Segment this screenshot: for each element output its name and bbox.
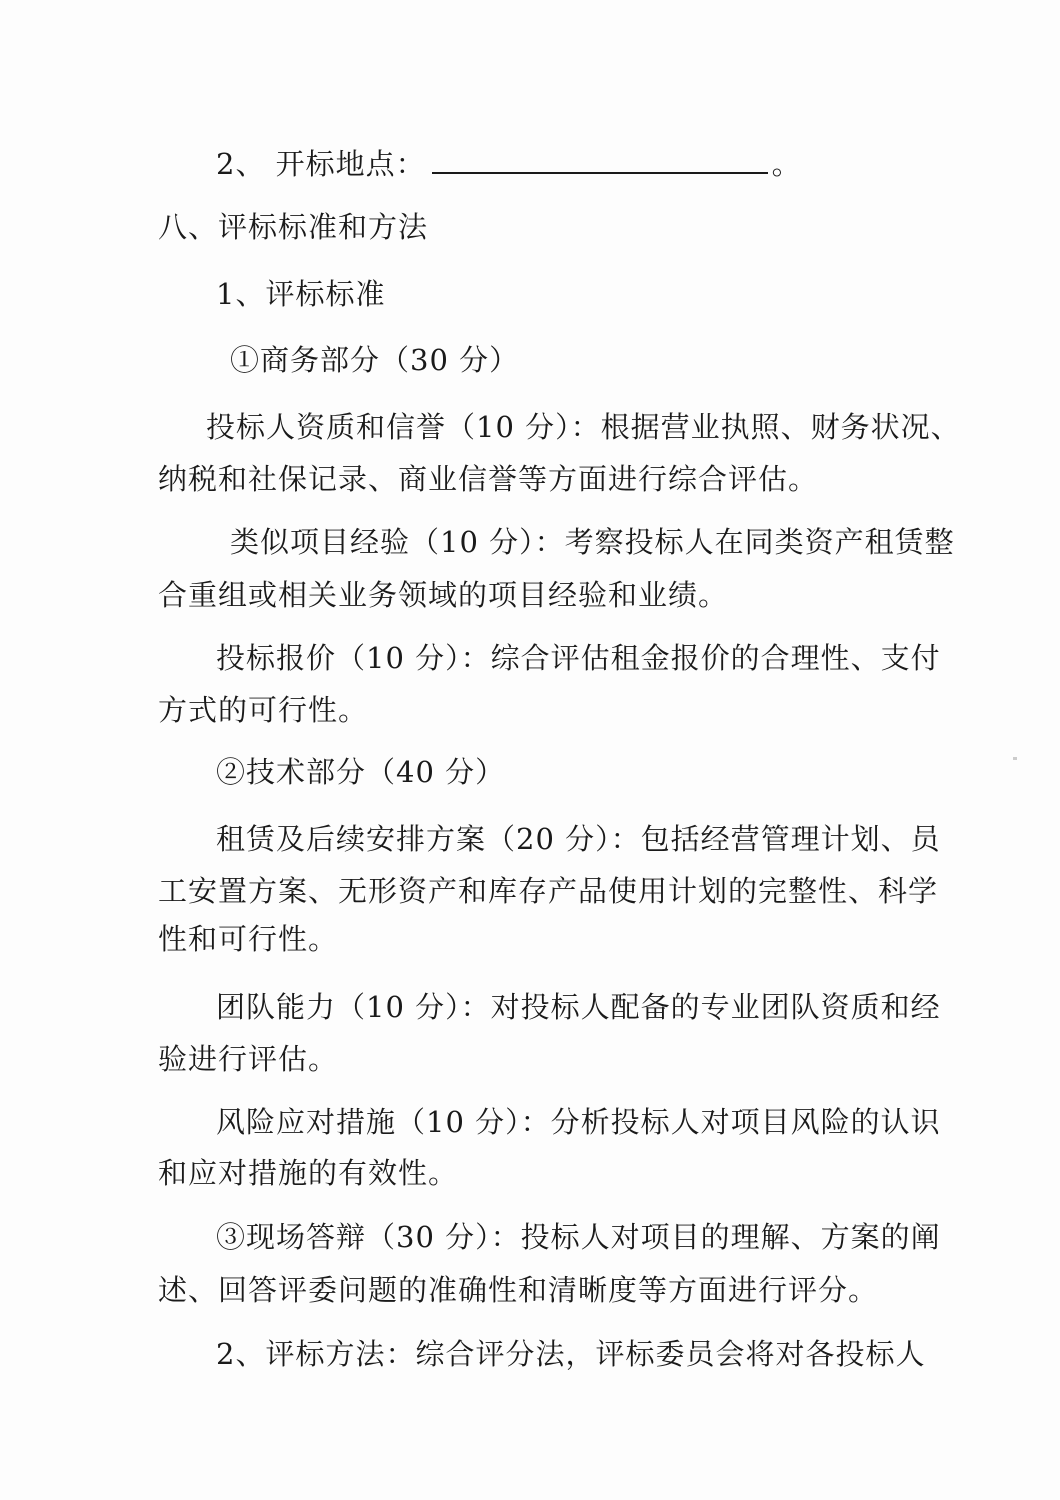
business-part-title: ①商务部分（30 分） [230, 338, 519, 379]
business-item-2-line-1: 类似项目经验（10 分）：考察投标人在同类资产租赁整 [230, 520, 955, 561]
business-item-3-line-2: 方式的可行性。 [158, 688, 368, 729]
technical-item-2-line-1: 团队能力（10 分）：对投标人配备的专业团队资质和经 [216, 985, 941, 1026]
technical-item-2-line-2: 验进行评估。 [158, 1037, 338, 1078]
business-item-2-line-2: 合重组或相关业务领域的项目经验和业绩。 [158, 573, 728, 614]
opening-location-end: 。 [772, 147, 802, 181]
criteria-title: 1、评标标准 [216, 272, 385, 313]
scan-speck [1013, 757, 1017, 760]
defense-part-line-1: ③现场答辩（30 分）：投标人对项目的理解、方案的阐 [216, 1215, 941, 1256]
technical-item-3-line-1: 风险应对措施（10 分）：分析投标人对项目风险的认识 [216, 1100, 941, 1141]
opening-location-line: 2、 开标地点：。 [216, 142, 802, 183]
business-item-1-line-2: 纳税和社保记录、商业信誉等方面进行综合评估。 [158, 457, 818, 498]
technical-item-1-line-3: 性和可行性。 [158, 917, 338, 958]
business-item-1-line-1: 投标人资质和信誉（10 分）：根据营业执照、财务状况、 [206, 405, 961, 446]
defense-part-line-2: 述、回答评委问题的准确性和清晰度等方面进行评分。 [158, 1268, 878, 1309]
technical-part-title: ②技术部分（40 分） [216, 750, 505, 791]
technical-item-1-line-1: 租赁及后续安排方案（20 分）：包括经营管理计划、员 [216, 817, 941, 858]
technical-item-1-line-2: 工安置方案、无形资产和库存产品使用计划的完整性、科学 [158, 869, 938, 910]
evaluation-method-line-1: 2、评标方法：综合评分法，评标委员会将对各投标人 [216, 1332, 925, 1373]
opening-location-blank [432, 150, 768, 174]
technical-item-3-line-2: 和应对措施的有效性。 [158, 1151, 458, 1192]
section-title: 八、评标标准和方法 [158, 205, 428, 246]
business-item-3-line-1: 投标报价（10 分）：综合评估租金报价的合理性、支付 [216, 636, 941, 677]
opening-location-label: 2、 开标地点： [216, 147, 426, 181]
